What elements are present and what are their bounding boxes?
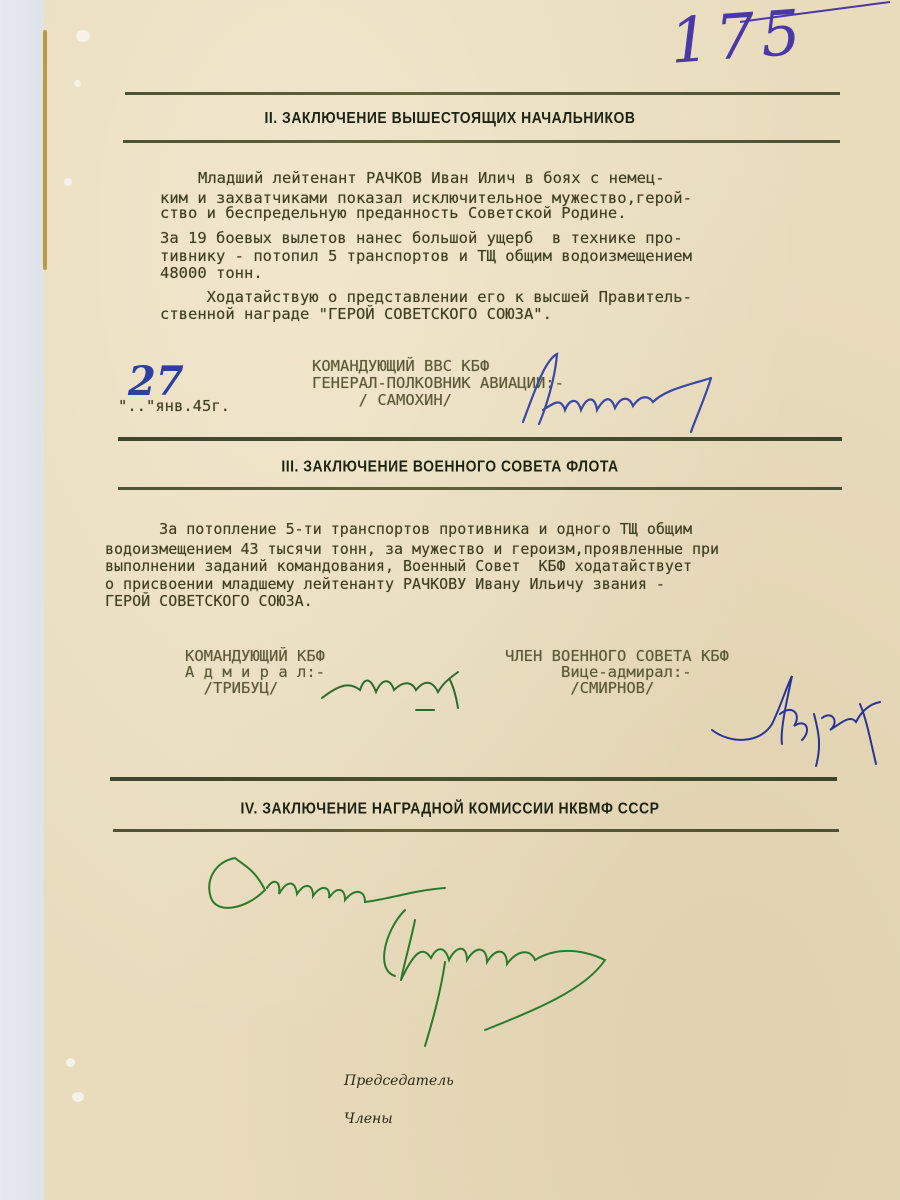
date-typed: ".."янв.45г. bbox=[118, 398, 230, 415]
signature-tributs bbox=[320, 668, 470, 718]
paper-edge-stain bbox=[43, 30, 47, 270]
section-ii-line: За 19 боевых вылетов нанес большой ущерб… bbox=[160, 230, 683, 247]
section-ii-line: тивнику - потопил 5 транспортов и ТЩ общ… bbox=[160, 248, 692, 265]
chairman-label: Председатель bbox=[344, 1073, 454, 1089]
page-number-stroke bbox=[740, 0, 900, 40]
section-title-iii: III. ЗАКЛЮЧЕНИЕ ВОЕННОГО СОВЕТА ФЛОТА bbox=[0, 457, 900, 475]
signature-smirnov bbox=[710, 674, 890, 774]
section-title-iv: IV. ЗАКЛЮЧЕНИЕ НАГРАДНОЙ КОМИССИИ НКВМФ … bbox=[0, 799, 900, 817]
section-iii-line: ГЕРОЙ СОВЕТСКОГО СОЮЗА. bbox=[105, 593, 313, 610]
paper-hole bbox=[74, 80, 81, 87]
section-ii-line: Ходатайствую о представлении его к высше… bbox=[160, 289, 692, 306]
section-rule bbox=[110, 777, 837, 781]
section-ii-line: Младший лейтенант РАЧКОВ Иван Илич в боя… bbox=[170, 170, 665, 187]
paper-hole bbox=[64, 178, 72, 186]
signature-samokhin bbox=[515, 350, 725, 440]
section-ii-line: 48000 тонн. bbox=[160, 265, 263, 282]
signatory-name: / САМОХИН/ bbox=[312, 392, 452, 409]
section-title-ii: II. ЗАКЛЮЧЕНИЕ ВЫШЕСТОЯЩИХ НАЧАЛЬНИКОВ bbox=[0, 108, 900, 126]
section-rule bbox=[118, 487, 842, 490]
section-ii-line: ственной награде "ГЕРОЙ СОВЕТСКОГО СОЮЗА… bbox=[160, 306, 552, 323]
paper-hole bbox=[76, 30, 90, 42]
section-rule bbox=[113, 829, 839, 832]
section-rule bbox=[123, 140, 840, 143]
signatory-title: КОМАНДУЮЩИЙ ВВС КБФ bbox=[312, 358, 489, 375]
section-iii-line: о присвоении младшему лейтенанту РАЧКОВУ… bbox=[105, 576, 665, 593]
section-ii-line: ство и беспредельную преданность Советск… bbox=[160, 205, 627, 222]
handwritten-resolution-soglasen bbox=[205, 850, 625, 1050]
signatory-right-name: /СМИРНОВ/ bbox=[505, 680, 654, 697]
signatory-left-name: /ТРИБУЦ/ bbox=[185, 680, 278, 697]
paper-hole bbox=[66, 1058, 75, 1067]
section-iii-line: водоизмещением 43 тысячи тонн, за мужест… bbox=[105, 541, 719, 558]
paper-hole bbox=[72, 1092, 84, 1102]
section-rule bbox=[125, 92, 840, 95]
members-label: Члены bbox=[344, 1111, 393, 1127]
section-iii-line: выполнении заданий командования, Военный… bbox=[105, 558, 692, 575]
section-rule bbox=[118, 437, 842, 441]
section-iii-line: За потопление 5-ти транспортов противник… bbox=[105, 521, 692, 538]
